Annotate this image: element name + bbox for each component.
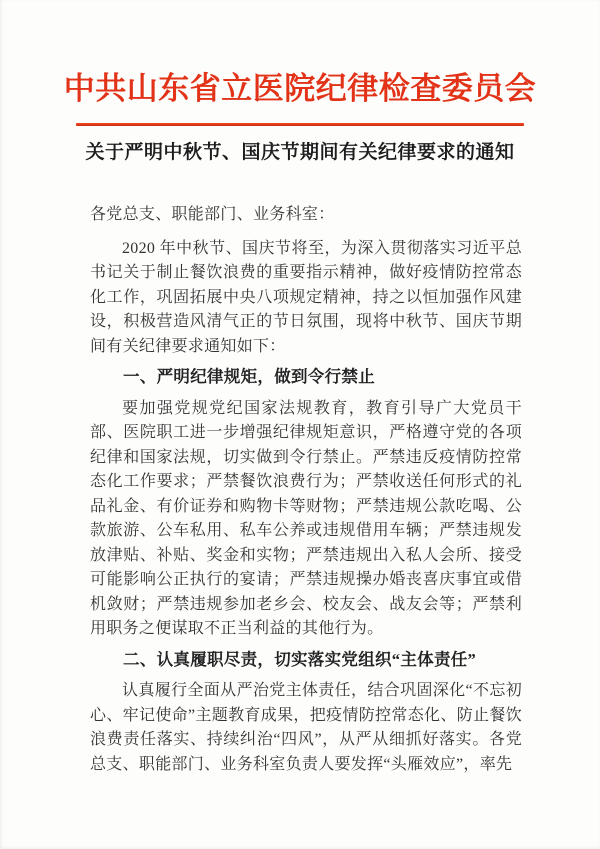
section-2-paragraph: 认真履行全面从严治党主体责任，结合巩固深化“不忘初心、牢记使命”主题教育成果，把… — [90, 679, 522, 777]
section-1-heading: 一、严明纪律规矩，做到令行禁止 — [90, 365, 522, 390]
document-body: 各党总支、职能部门、业务科室： 2020 年中秋节、国庆节将至，为深入贯彻落实习… — [90, 203, 522, 777]
doc-title: 关于严明中秋节、国庆节期间有关纪律要求的通知 — [40, 140, 560, 166]
section-2-heading: 二、认真履职尽责，切实落实党组织“主体责任” — [90, 648, 522, 673]
red-divider-line — [76, 123, 524, 126]
intro-paragraph: 2020 年中秋节、国庆节将至，为深入贯彻落实习近平总书记关于制止餐饮浪费的重要… — [90, 237, 522, 360]
org-title: 中共山东省立医院纪律检查委员会 — [0, 0, 600, 108]
salutation: 各党总支、职能部门、业务科室： — [90, 203, 522, 228]
section-1-paragraph: 要加强党规党纪国家法规教育，教育引导广大党员干部、医院职工进一步增强纪律规矩意识… — [90, 397, 522, 642]
document-page: 中共山东省立医院纪律检查委员会 关于严明中秋节、国庆节期间有关纪律要求的通知 各… — [0, 0, 600, 849]
